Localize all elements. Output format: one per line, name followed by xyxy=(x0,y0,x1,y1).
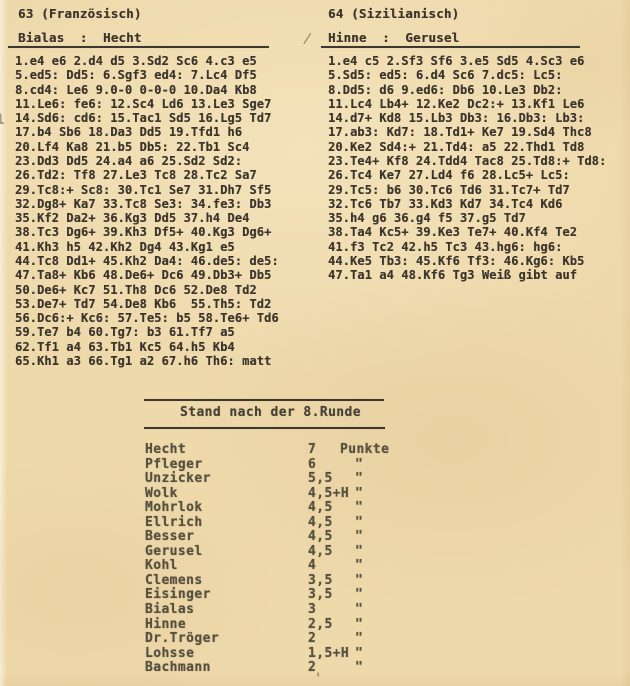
game-moves-1: 1.e4 c5 2.Sf3 Sf6 3.e5 Sd5 4.Sc3 e65.Sd5… xyxy=(328,54,606,283)
standings-points: 5,5 xyxy=(308,471,333,486)
move-line: 8.cd4: Le6 9.0-0 0-0-0 10.Da4 Kb8 xyxy=(15,83,279,97)
standings-title: Stand nach der 8.Runde xyxy=(180,405,361,420)
scan-artifact-edge-digit: 1 xyxy=(0,112,4,128)
standings-points: 4,5 xyxy=(308,544,333,559)
standings-row: Unzicker5,5" xyxy=(145,471,445,486)
move-line: 26.Td2: Tf8 27.Le3 Tc8 28.Tc2 Sa7 xyxy=(15,168,279,182)
game-left-heading: 63 (Französisch) xyxy=(18,6,142,21)
standings-unit: " xyxy=(355,617,363,632)
move-line: 14.Sd6: cd6: 15.Tac1 Sd5 16.Lg5 Td7 xyxy=(15,111,279,125)
game-moves-0: 1.e4 e6 2.d4 d5 3.Sd2 Sc6 4.c3 e55.ed5: … xyxy=(15,54,279,368)
move-line: 29.Tc5: b6 30.Tc6 Td6 31.Tc7+ Td7 xyxy=(328,183,606,197)
standings-unit: " xyxy=(355,486,363,501)
standings-row: Wolk4,5+H" xyxy=(145,486,445,501)
standings-unit: " xyxy=(355,529,363,544)
move-line: 59.Te7 b4 60.Tg7: b3 61.Tf7 a5 xyxy=(15,325,279,339)
standings-name: Gerusel xyxy=(145,544,203,559)
standings-name: Ellrich xyxy=(145,515,203,530)
move-line: 23.Te4+ Kf8 24.Tdd4 Tac8 25.Td8:+ Td8: xyxy=(328,154,606,168)
standings-row: Pfleger6" xyxy=(145,457,445,472)
standings-unit: " xyxy=(355,602,363,617)
standings-points: 6 xyxy=(308,457,316,472)
move-line: 23.Dd3 Dd5 24.a4 a6 25.Sd2 Sd2: xyxy=(15,154,279,168)
standings-points: 2 xyxy=(308,631,316,646)
standings-row: Clemens3,5" xyxy=(145,573,445,588)
standings-row: Bachmann2" xyxy=(145,660,445,675)
standings-row: Mohrlok4,5" xyxy=(145,500,445,515)
move-line: 1.e4 c5 2.Sf3 Sf6 3.e5 Sd5 4.Sc3 e6 xyxy=(328,54,606,68)
standings-row: Ellrich4,5" xyxy=(145,515,445,530)
move-line: 38.Ta4 Kc5+ 39.Ke3 Te7+ 40.Kf4 Te2 xyxy=(328,225,606,239)
game-right: 64 (Sizilianisch) xyxy=(328,6,459,21)
standings-name: Wolk xyxy=(145,486,178,501)
standings-name: Dr.Tröger xyxy=(145,631,219,646)
standings-unit: " xyxy=(355,515,363,530)
standings-row: Eisinger3,5" xyxy=(145,587,445,602)
standings-unit: " xyxy=(355,646,363,661)
standings-row: Bialas3" xyxy=(145,602,445,617)
move-line: 29.Tc8:+ Sc8: 30.Tc1 Se7 31.Dh7 Sf5 xyxy=(15,183,279,197)
move-line: 53.De7+ Td7 54.De8 Kb6 55.Th5: Td2 xyxy=(15,297,279,311)
move-line: 32.Tc6 Tb7 33.Kd3 Kd7 34.Tc4 Kd6 xyxy=(328,197,606,211)
move-line: 41.f3 Tc2 42.h5 Tc3 43.hg6: hg6: xyxy=(328,240,606,254)
standings-row: Lohsse1,5+H" xyxy=(145,646,445,661)
move-line: 11.Lc4 Lb4+ 12.Ke2 Dc2:+ 13.Kf1 Le6 xyxy=(328,97,606,111)
standings-name: Bialas xyxy=(145,602,194,617)
move-line: 5.Sd5: ed5: 6.d4 Sc6 7.dc5: Lc5: xyxy=(328,68,606,82)
standings-points: 7 xyxy=(308,442,316,457)
move-line: 44.Ke5 Tb3: 45.Kf6 Tf3: 46.Kg6: Kb5 xyxy=(328,254,606,268)
standings-points: 2,5 xyxy=(308,617,333,632)
standings-points: 4,5+H xyxy=(308,486,349,501)
standings-rows: Hecht7PunktePfleger6"Unzicker5,5"Wolk4,5… xyxy=(145,442,445,675)
move-line: 35.h4 g6 36.g4 f5 37.g5 Td7 xyxy=(328,211,606,225)
standings-points: 4,5 xyxy=(308,515,333,530)
standings-row: Kohl4" xyxy=(145,558,445,573)
standings-name: Eisinger xyxy=(145,587,211,602)
standings-points: 4 xyxy=(308,558,316,573)
standings-row: Gerusel4,5" xyxy=(145,544,445,559)
move-line: 5.ed5: Dd5: 6.Sgf3 ed4: 7.Lc4 Df5 xyxy=(15,68,279,82)
standings-unit: " xyxy=(355,500,363,515)
standings-unit: " xyxy=(355,573,363,588)
move-line: 8.Dd5: d6 9.ed6: Db6 10.Le3 Db2: xyxy=(328,83,606,97)
standings-unit: " xyxy=(355,587,363,602)
move-line: 47.Ta1 a4 48.Kf6 Tg3 Weiß gibt auf xyxy=(328,268,606,282)
standings-points: 4,5 xyxy=(308,500,333,515)
scanned-bulletin-page: 63 (Französisch) Bialas : Hecht 1.e4 e6 … xyxy=(0,0,630,686)
game-left: 63 (Französisch) xyxy=(18,6,142,21)
standings-name: Hinne xyxy=(145,617,186,632)
standings-points: 3,5 xyxy=(308,573,333,588)
standings-row: Hinne2,5" xyxy=(145,617,445,632)
scan-artifact-tick: ' xyxy=(314,671,322,686)
move-line: 38.Tc3 Dg6+ 39.Kh3 Df5+ 40.Kg3 Dg6+ xyxy=(15,225,279,239)
game-left-underline xyxy=(8,46,269,48)
standings-name: Bachmann xyxy=(145,660,211,675)
standings-name: Lohsse xyxy=(145,646,194,661)
move-line: 20.Lf4 Ka8 21.b5 Db5: 22.Tb1 Sc4 xyxy=(15,140,279,154)
standings-name: Pfleger xyxy=(145,457,203,472)
move-line: 17.ab3: Kd7: 18.Td1+ Ke7 19.Sd4 Thc8 xyxy=(328,125,606,139)
standings-bottom-rule xyxy=(144,427,385,429)
standings-unit: " xyxy=(355,558,363,573)
standings-name: Clemens xyxy=(145,573,203,588)
move-line: 17.b4 Sb6 18.Da3 Dd5 19.Tfd1 h6 xyxy=(15,125,279,139)
standings-top-rule xyxy=(144,399,384,401)
move-line: 50.De6+ Kc7 51.Th8 Dc6 52.De8 Td2 xyxy=(15,283,279,297)
standings-name: Besser xyxy=(145,529,194,544)
move-line: 62.Tf1 a4 63.Tb1 Kc5 64.h5 Kb4 xyxy=(15,340,279,354)
move-line: 32.Dg8+ Ka7 33.Tc8 Se3: 34.fe3: Db3 xyxy=(15,197,279,211)
move-line: 41.Kh3 h5 42.Kh2 Dg4 43.Kg1 e5 xyxy=(15,240,279,254)
standings-points: 1,5+H xyxy=(308,646,349,661)
standings-unit: " xyxy=(355,471,363,486)
move-line: 26.Tc4 Ke7 27.Ld4 f6 28.Lc5+ Lc5: xyxy=(328,168,606,182)
standings-row: Besser4,5" xyxy=(145,529,445,544)
standings-row: Dr.Tröger2" xyxy=(145,631,445,646)
standings-points: 3 xyxy=(308,602,316,617)
standings-unit: " xyxy=(355,631,363,646)
move-line: 65.Kh1 a3 66.Tg1 a2 67.h6 Th6: matt xyxy=(15,354,279,368)
game-right-players: Hinne : Gerusel xyxy=(328,30,459,45)
standings-unit: Punkte xyxy=(340,442,389,457)
game-left-players: Bialas : Hecht xyxy=(18,30,142,45)
standings-name: Hecht xyxy=(145,442,186,457)
standings-row: Hecht7Punkte xyxy=(145,442,445,457)
standings-unit: " xyxy=(355,544,363,559)
move-line: 14.d7+ Kd8 15.Lb3 Db3: 16.Db3: Lb3: xyxy=(328,111,606,125)
move-line: 11.Le6: fe6: 12.Sc4 Ld6 13.Le3 Sge7 xyxy=(15,97,279,111)
move-line: 56.Dc6:+ Kc6: 57.Te5: b5 58.Te6+ Td6 xyxy=(15,311,279,325)
move-line: 44.Tc8 Dd1+ 45.Kh2 Da4: 46.de5: de5: xyxy=(15,254,279,268)
scan-artifact-slash: / xyxy=(302,30,313,47)
move-line: 20.Ke2 Sd4:+ 21.Td4: a5 22.Thd1 Td8 xyxy=(328,140,606,154)
game-right-heading: 64 (Sizilianisch) xyxy=(328,6,459,21)
standings-points: 3,5 xyxy=(308,587,333,602)
standings-unit: " xyxy=(355,457,363,472)
standings-name: Unzicker xyxy=(145,471,211,486)
move-line: 1.e4 e6 2.d4 d5 3.Sd2 Sc6 4.c3 e5 xyxy=(15,54,279,68)
standings-points: 4,5 xyxy=(308,529,333,544)
standings-name: Kohl xyxy=(145,558,178,573)
move-line: 47.Ta8+ Kb6 48.De6+ Dc6 49.Db3+ Db5 xyxy=(15,268,279,282)
game-right-underline xyxy=(321,46,580,48)
standings-unit: " xyxy=(355,660,363,675)
standings-name: Mohrlok xyxy=(145,500,203,515)
move-line: 35.Kf2 Da2+ 36.Kg3 Dd5 37.h4 De4 xyxy=(15,211,279,225)
